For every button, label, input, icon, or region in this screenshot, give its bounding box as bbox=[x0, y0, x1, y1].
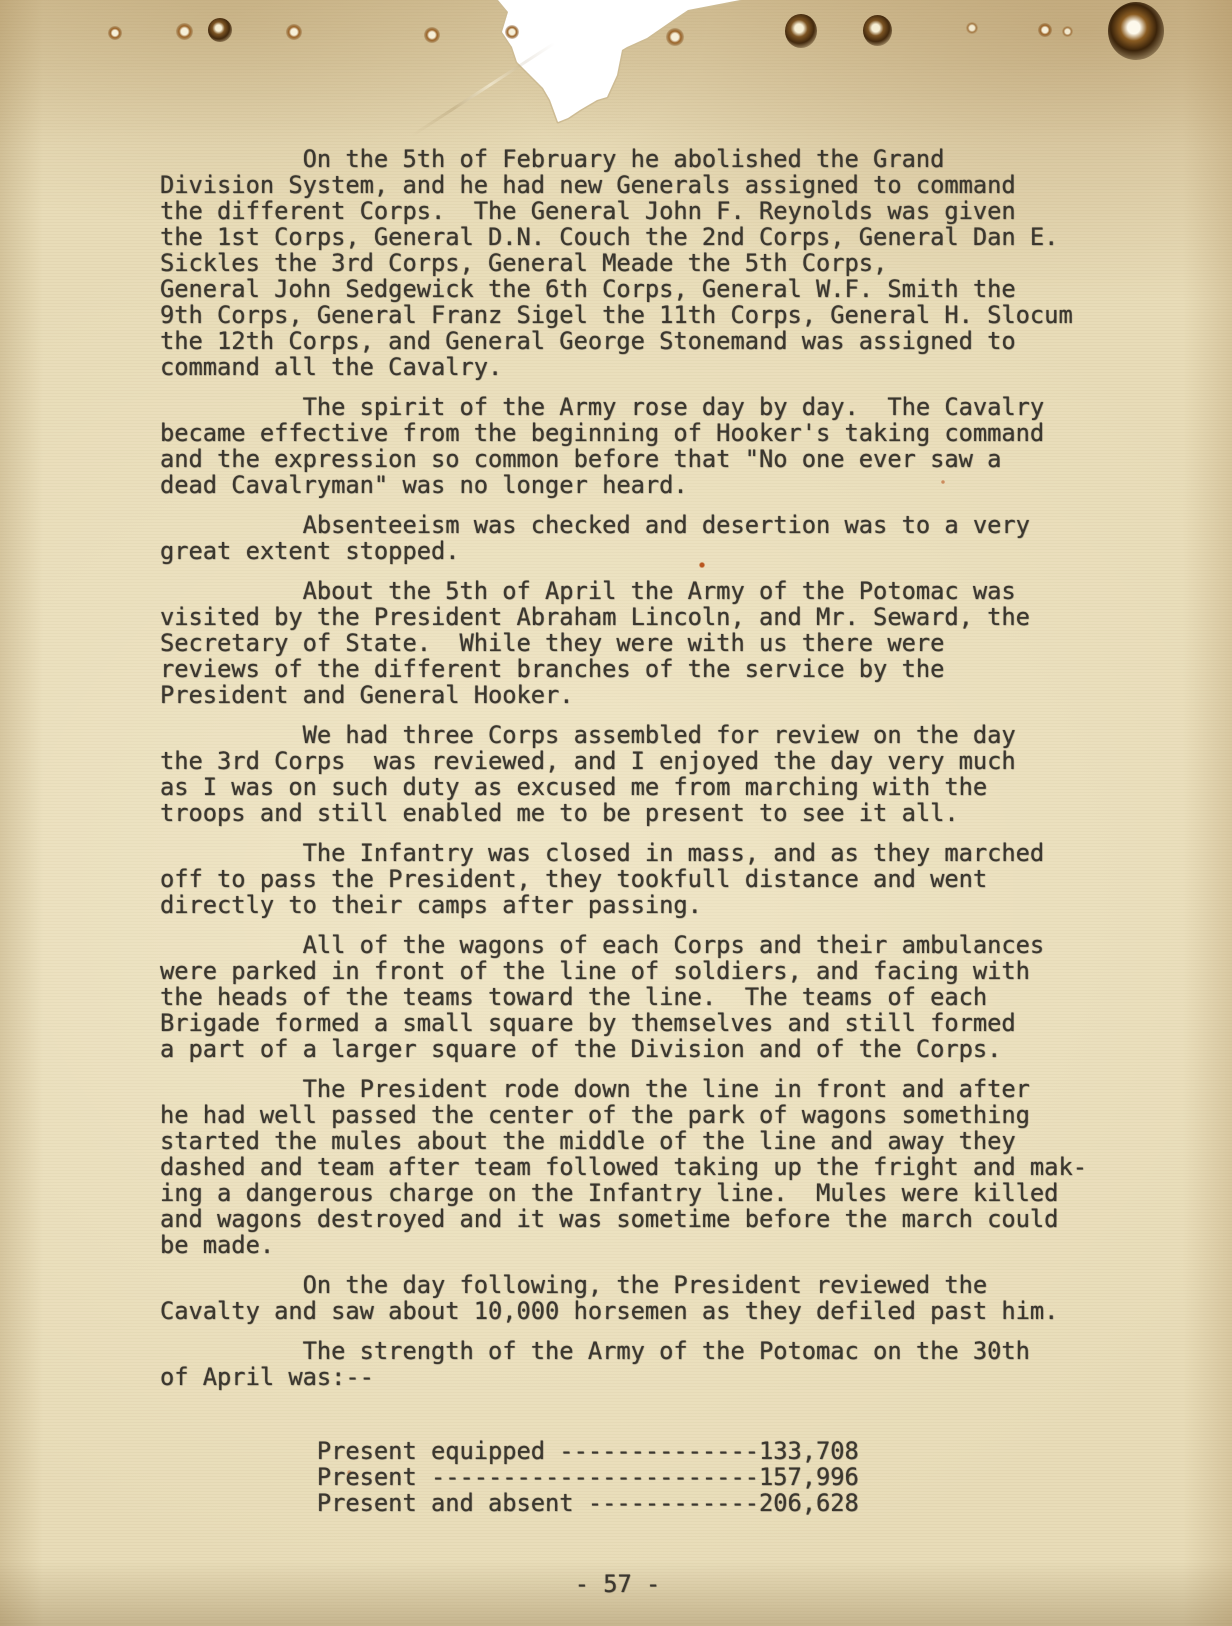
text-line: 9th Corps, General Franz Sigel the 11th … bbox=[160, 302, 1090, 328]
text-line: the heads of the teams toward the line. … bbox=[160, 984, 1090, 1010]
fastener-hole bbox=[424, 27, 440, 43]
fastener-hole bbox=[966, 22, 978, 34]
text-line: Division System, and he had new Generals… bbox=[160, 172, 1090, 198]
text-line: The strength of the Army of the Potomac … bbox=[160, 1338, 1090, 1364]
text-line: We had three Corps assembled for review … bbox=[160, 722, 1090, 748]
text-line: Cavalty and saw about 10,000 horsemen as… bbox=[160, 1298, 1090, 1324]
fastener-hole bbox=[1038, 23, 1052, 37]
paragraph-lincoln-visit: About the 5th of April the Army of the P… bbox=[160, 578, 1090, 708]
rust-stain bbox=[863, 15, 892, 46]
paragraph-absenteeism: Absenteeism was checked and desertion wa… bbox=[160, 512, 1090, 564]
fastener-hole bbox=[176, 23, 193, 40]
text-line: the 12th Corps, and General George Stone… bbox=[160, 328, 1090, 354]
fastener-hole bbox=[1062, 26, 1073, 37]
text-line: ing a dangerous charge on the Infantry l… bbox=[160, 1180, 1090, 1206]
text-line: a part of a larger square of the Divisio… bbox=[160, 1036, 1090, 1062]
paragraph-infantry-mass: The Infantry was closed in mass, and as … bbox=[160, 840, 1090, 918]
text-line: visited by the President Abraham Lincoln… bbox=[160, 604, 1090, 630]
paragraph-cavalry-review: On the day following, the President revi… bbox=[160, 1272, 1090, 1324]
rust-stain bbox=[208, 18, 232, 42]
text-line: and the expression so common before that… bbox=[160, 446, 1090, 472]
text-line: The spirit of the Army rose day by day. … bbox=[160, 394, 1090, 420]
scanned-page: On the 5th of February he abolished the … bbox=[0, 0, 1232, 1626]
page-number: - 57 - bbox=[160, 1570, 1075, 1598]
rust-stain bbox=[1108, 2, 1164, 60]
text-line: the 3rd Corps was reviewed, and I enjoye… bbox=[160, 748, 1090, 774]
text-line: Secretary of State. While they were with… bbox=[160, 630, 1090, 656]
paper-background: On the 5th of February he abolished the … bbox=[0, 0, 1232, 1626]
text-line: Present -----------------------157,996 bbox=[160, 1464, 1090, 1490]
paragraph-strength-intro: The strength of the Army of the Potomac … bbox=[160, 1338, 1090, 1390]
text-line: the 1st Corps, General D.N. Couch the 2n… bbox=[160, 224, 1090, 250]
text-line: reviews of the different branches of the… bbox=[160, 656, 1090, 682]
text-line: President and General Hooker. bbox=[160, 682, 1090, 708]
fastener-hole bbox=[108, 26, 122, 40]
paragraph-spirit-of-army: The spirit of the Army rose day by day. … bbox=[160, 394, 1090, 498]
text-line: of April was:-- bbox=[160, 1364, 1090, 1390]
text-line: Present and absent ------------206,628 bbox=[160, 1490, 1090, 1516]
text-line: the different Corps. The General John F.… bbox=[160, 198, 1090, 224]
paragraph-three-corps-review: We had three Corps assembled for review … bbox=[160, 722, 1090, 826]
text-line: directly to their camps after passing. bbox=[160, 892, 1090, 918]
fastener-hole bbox=[666, 28, 684, 46]
text-line: command all the Cavalry. bbox=[160, 354, 1090, 380]
text-line: Sickles the 3rd Corps, General Meade the… bbox=[160, 250, 1090, 276]
text-line: be made. bbox=[160, 1232, 1090, 1258]
text-line: he had well passed the center of the par… bbox=[160, 1102, 1090, 1128]
text-line: On the day following, the President revi… bbox=[160, 1272, 1090, 1298]
rust-stain bbox=[785, 14, 817, 48]
document-text: On the 5th of February he abolished the … bbox=[160, 146, 1090, 1530]
paragraph-mule-stampede: The President rode down the line in fron… bbox=[160, 1076, 1090, 1258]
text-line: The Infantry was closed in mass, and as … bbox=[160, 840, 1090, 866]
strength-table: Present equipped --------------133,708 P… bbox=[160, 1438, 1090, 1516]
paragraph-wagons-parked: All of the wagons of each Corps and thei… bbox=[160, 932, 1090, 1062]
text-line: became effective from the beginning of H… bbox=[160, 420, 1090, 446]
fastener-hole bbox=[286, 24, 302, 40]
text-line: and wagons destroyed and it was sometime… bbox=[160, 1206, 1090, 1232]
text-line: On the 5th of February he abolished the … bbox=[160, 146, 1090, 172]
text-line: dead Cavalryman" was no longer heard. bbox=[160, 472, 1090, 498]
text-line: The President rode down the line in fron… bbox=[160, 1076, 1090, 1102]
text-line: Present equipped --------------133,708 bbox=[160, 1438, 1090, 1464]
text-line: About the 5th of April the Army of the P… bbox=[160, 578, 1090, 604]
torn-edge bbox=[440, 0, 760, 150]
text-line: off to pass the President, they tookfull… bbox=[160, 866, 1090, 892]
text-line: Absenteeism was checked and desertion wa… bbox=[160, 512, 1090, 538]
text-line: as I was on such duty as excused me from… bbox=[160, 774, 1090, 800]
text-line: started the mules about the middle of th… bbox=[160, 1128, 1090, 1154]
fastener-hole bbox=[505, 25, 519, 39]
paragraph-grand-division: On the 5th of February he abolished the … bbox=[160, 146, 1090, 380]
text-line: troops and still enabled me to be presen… bbox=[160, 800, 1090, 826]
text-line: All of the wagons of each Corps and thei… bbox=[160, 932, 1090, 958]
text-line: were parked in front of the line of sold… bbox=[160, 958, 1090, 984]
text-line: Brigade formed a small square by themsel… bbox=[160, 1010, 1090, 1036]
text-line: dashed and team after team followed taki… bbox=[160, 1154, 1090, 1180]
text-line: great extent stopped. bbox=[160, 538, 1090, 564]
text-line: General John Sedgewick the 6th Corps, Ge… bbox=[160, 276, 1090, 302]
